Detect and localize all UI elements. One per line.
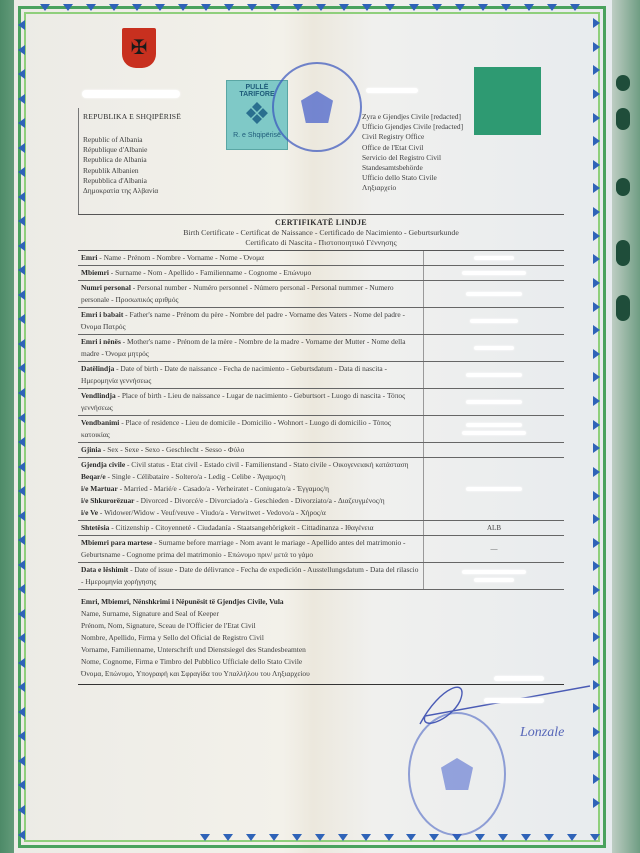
field-label-bold: Emri i nënës <box>81 337 121 346</box>
triangle-icon <box>339 4 349 11</box>
field-label-bold: Numri personal <box>81 283 131 292</box>
redacted-value <box>466 423 522 427</box>
field-label-bold: Mbiemri <box>81 268 109 277</box>
triangle-icon <box>593 396 600 406</box>
triangle-icon <box>593 443 600 453</box>
redacted-mark <box>494 676 544 681</box>
field-row: Numri personal - Personal number - Numér… <box>78 281 564 308</box>
triangle-icon <box>155 4 165 11</box>
triangle-icon <box>18 143 25 153</box>
triangle-icon <box>429 834 439 841</box>
fields-table: Emri - Name - Prénom - Nombre - Vorname … <box>78 251 564 590</box>
redacted-value <box>462 271 526 275</box>
field-label-bold: Emri i babait <box>81 310 123 319</box>
triangle-icon <box>18 535 25 545</box>
country-translation: Δημοκρατία της Αλβανία <box>83 186 352 196</box>
field-label: Datëlindja - Date of birth - Date de nai… <box>78 362 424 388</box>
field-label-bold: Vendbanimi <box>81 418 119 427</box>
office-name: Standesamtsbehörde <box>362 163 558 173</box>
triangle-icon <box>593 302 600 312</box>
triangle-icon <box>524 4 534 11</box>
signature-heading: Emri, Mbiemri, Nënshkrimi i Nëpunësit të… <box>81 596 561 608</box>
triangle-icon <box>18 560 25 570</box>
triangle-icon <box>593 207 600 217</box>
triangle-icon <box>501 4 511 11</box>
triangle-icon <box>567 834 577 841</box>
certificate-body: REPUBLIKA E SHQIPËRISË Republic of Alban… <box>78 108 564 685</box>
triangle-icon <box>63 4 73 11</box>
country-translation: Republic of Albania <box>83 135 352 145</box>
field-label-bold: Gjendja civile <box>81 460 125 469</box>
svg-text:Lonzale: Lonzale <box>519 725 564 740</box>
triangle-icon <box>593 89 600 99</box>
redacted-mark <box>484 698 544 703</box>
field-row: Emri - Name - Prénom - Nombre - Vorname … <box>78 251 564 266</box>
triangle-icon <box>361 834 371 841</box>
field-value <box>424 308 564 334</box>
border-triangles-bottom <box>200 834 600 841</box>
triangle-icon <box>593 349 600 359</box>
triangle-icon <box>178 4 188 11</box>
field-row: Emri i babait - Father's name - Prénom d… <box>78 308 564 335</box>
triangle-icon <box>201 4 211 11</box>
albanian-coat-of-arms-icon: ✠ <box>122 28 156 68</box>
redacted-value <box>462 570 526 574</box>
triangle-icon <box>593 561 600 571</box>
triangle-icon <box>293 4 303 11</box>
triangle-icon <box>292 834 302 841</box>
redacted-mark <box>82 90 180 98</box>
triangle-icon <box>18 192 25 202</box>
country-translation: Repubblica d'Albania <box>83 176 352 186</box>
triangle-icon <box>270 4 280 11</box>
triangle-icon <box>247 4 257 11</box>
triangle-icon <box>223 834 233 841</box>
border-triangles-top <box>40 4 580 11</box>
triangle-icon <box>593 514 600 524</box>
field-label-bold: Data e lëshimit <box>81 565 128 574</box>
triangle-icon <box>593 585 600 595</box>
triangle-icon <box>18 756 25 766</box>
triangle-icon <box>593 656 600 666</box>
civil-status-option: i/e Ve - Widower/Widow - Veuf/veuve - Vi… <box>81 507 420 519</box>
triangle-icon <box>224 4 234 11</box>
triangle-icon <box>18 780 25 790</box>
triangle-icon <box>593 65 600 75</box>
office-name: Office de l'Etat Civil <box>362 143 558 153</box>
triangle-icon <box>593 372 600 382</box>
field-label: Gjendja civile - Civil status - Etat civ… <box>78 458 424 520</box>
triangle-icon <box>18 388 25 398</box>
redacted-value <box>462 431 526 435</box>
triangle-icon <box>521 834 531 841</box>
triangle-icon <box>269 834 279 841</box>
triangle-icon <box>338 834 348 841</box>
official-seal-bottom <box>408 712 506 836</box>
field-label: Vendbanimi - Place of residence - Lieu d… <box>78 416 424 442</box>
field-row: Vendbanimi - Place of residence - Lieu d… <box>78 416 564 443</box>
country-translation: Republica de Albania <box>83 155 352 165</box>
triangle-icon <box>593 325 600 335</box>
binder-hole <box>616 108 630 130</box>
triangle-icon <box>593 136 600 146</box>
header-left: REPUBLIKA E SHQIPËRISË Republic of Alban… <box>78 108 356 214</box>
triangle-icon <box>547 4 557 11</box>
redacted-value <box>474 578 514 582</box>
field-value <box>424 362 564 388</box>
redacted-value <box>474 256 514 260</box>
triangle-icon <box>18 45 25 55</box>
country-translation: Republik Albanien <box>83 166 352 176</box>
field-value-text: ALB <box>487 524 501 532</box>
office-name: Civil Registry Office <box>362 132 558 142</box>
office-name: Ufficio dello Stato Civile <box>362 173 558 183</box>
field-label-bold: Gjinia <box>81 445 101 454</box>
triangle-icon <box>544 834 554 841</box>
country-translation: République d'Albanie <box>83 145 352 155</box>
field-label: Data e lëshimit - Date of issue - Date d… <box>78 563 424 589</box>
field-label-bold: Vendlindja <box>81 391 116 400</box>
triangle-icon <box>593 420 600 430</box>
field-value <box>424 443 564 457</box>
field-value <box>424 563 564 589</box>
field-row: Mbiemri - Surname - Nom - Apellido - Fam… <box>78 266 564 281</box>
signature-line: Name, Surname, Signature and Seal of Kee… <box>81 608 561 620</box>
triangle-icon <box>18 486 25 496</box>
title-line-3: Certificato di Nascita - Πιστοποιητικό Γ… <box>78 238 564 248</box>
field-value: — <box>424 536 564 562</box>
binder-hole <box>616 295 630 321</box>
civil-status-option: i/e Shkurorëzuar - Divorced - Divorcé/e … <box>81 495 420 507</box>
triangle-icon <box>498 834 508 841</box>
binder-hole <box>616 240 630 266</box>
certificate-title: CERTIFIKATË LINDJE Birth Certificate - C… <box>78 215 564 251</box>
triangle-icon <box>109 4 119 11</box>
signature-block: Emri, Mbiemri, Nënshkrimi i Nëpunësit të… <box>78 590 564 685</box>
field-label: Shtetësia - Citizenship - Citoyenneté - … <box>78 521 424 535</box>
option-bold: i/e Martuar <box>81 484 118 493</box>
triangle-icon <box>316 4 326 11</box>
triangle-icon <box>593 798 600 808</box>
triangle-icon <box>593 231 600 241</box>
field-value <box>424 335 564 361</box>
triangle-icon <box>18 265 25 275</box>
redacted-value <box>466 373 522 377</box>
triangle-icon <box>18 413 25 423</box>
triangle-icon <box>18 462 25 472</box>
signature-line: Vorname, Familienname, Unterschrift und … <box>81 644 561 656</box>
triangle-icon <box>593 538 600 548</box>
triangle-icon <box>593 183 600 193</box>
civil-status-option: Beqar/e - Single - Célibataire - Soltero… <box>81 471 420 483</box>
triangle-icon <box>593 278 600 288</box>
field-value <box>424 281 564 307</box>
redacted-value <box>474 346 514 350</box>
option-bold: Beqar/e <box>81 472 106 481</box>
triangle-icon <box>18 118 25 128</box>
triangle-icon <box>200 834 210 841</box>
triangle-icon <box>570 4 580 11</box>
redacted-value <box>466 292 522 296</box>
field-row: Gjendja civile - Civil status - Etat civ… <box>78 458 564 521</box>
triangle-icon <box>18 609 25 619</box>
redacted-value <box>466 400 522 404</box>
office-name: Zyra e Gjendjes Civile [redacted] <box>362 112 558 122</box>
redacted-mark <box>366 88 418 93</box>
option-bold: i/e Shkurorëzuar <box>81 496 134 505</box>
triangle-icon <box>593 18 600 28</box>
triangle-icon <box>593 254 600 264</box>
triangle-icon <box>18 658 25 668</box>
triangle-icon <box>18 682 25 692</box>
triangle-icon <box>18 216 25 226</box>
title-line-2: Birth Certificate - Certificat de Naissa… <box>78 228 564 238</box>
field-value: ALB <box>424 521 564 535</box>
field-label: Emri i nënës - Mother's name - Prénom de… <box>78 335 424 361</box>
triangle-icon <box>18 731 25 741</box>
office-name: Ληξιαρχείο <box>362 183 558 193</box>
triangle-icon <box>362 4 372 11</box>
triangle-icon <box>18 241 25 251</box>
triangle-icon <box>593 467 600 477</box>
triangle-icon <box>455 4 465 11</box>
triangle-icon <box>132 4 142 11</box>
field-value <box>424 251 564 265</box>
eagle-icon <box>441 758 473 790</box>
field-row: Mbiemri para martese - Surname before ma… <box>78 536 564 563</box>
field-label: Mbiemri para martese - Surname before ma… <box>78 536 424 562</box>
triangle-icon <box>593 491 600 501</box>
triangle-icon <box>18 314 25 324</box>
triangle-icon <box>409 4 419 11</box>
triangle-icon <box>384 834 394 841</box>
field-row: Gjinia - Sex - Sexe - Sexo - Geschlecht … <box>78 443 564 458</box>
field-label: Gjinia - Sex - Sexe - Sexo - Geschlecht … <box>78 443 424 457</box>
triangle-icon <box>18 69 25 79</box>
triangle-icon <box>315 834 325 841</box>
triangle-icon <box>432 4 442 11</box>
field-label: Mbiemri - Surname - Nom - Apellido - Fam… <box>78 266 424 280</box>
header: REPUBLIKA E SHQIPËRISË Republic of Alban… <box>78 108 564 215</box>
triangle-icon <box>18 94 25 104</box>
triangle-icon <box>246 834 256 841</box>
triangle-icon <box>593 632 600 642</box>
field-row: Vendlindja - Place of birth - Lieu de na… <box>78 389 564 416</box>
triangle-icon <box>590 834 600 841</box>
triangle-icon <box>18 437 25 447</box>
field-label-bold: Mbiemri para martese <box>81 538 152 547</box>
triangle-icon <box>475 834 485 841</box>
field-label: Emri i babait - Father's name - Prénom d… <box>78 308 424 334</box>
triangle-icon <box>593 774 600 784</box>
triangle-icon <box>18 584 25 594</box>
triangle-icon <box>406 834 416 841</box>
country-name: REPUBLIKA E SHQIPËRISË <box>83 112 352 121</box>
field-label: Emri - Name - Prénom - Nombre - Vorname … <box>78 251 424 265</box>
triangle-icon <box>18 290 25 300</box>
field-value <box>424 416 564 442</box>
triangle-icon <box>18 707 25 717</box>
office-name: Servicio del Registro Civil <box>362 153 558 163</box>
office-name: Ufficio Gjendjes Civile [redacted] <box>362 122 558 132</box>
field-label-bold: Emri <box>81 253 97 262</box>
redacted-value <box>466 487 522 491</box>
triangle-icon <box>18 830 25 840</box>
header-right: Zyra e Gjendjes Civile [redacted]Ufficio… <box>356 108 564 214</box>
triangle-icon <box>478 4 488 11</box>
triangle-icon <box>18 363 25 373</box>
binder-hole <box>616 178 630 196</box>
triangle-icon <box>18 339 25 349</box>
triangle-icon <box>18 167 25 177</box>
triangle-icon <box>40 4 50 11</box>
field-label-bold: Datëlindja <box>81 364 114 373</box>
triangle-icon <box>593 42 600 52</box>
triangle-icon <box>593 113 600 123</box>
field-label-bold: Shtetësia <box>81 523 109 532</box>
triangle-icon <box>18 511 25 521</box>
triangle-icon <box>18 633 25 643</box>
triangle-icon <box>593 609 600 619</box>
signature-line: Nome, Cognome, Firma e Timbro del Pubbli… <box>81 656 561 668</box>
field-value-text: — <box>491 545 498 553</box>
civil-status-option: i/e Martuar - Married - Marié/e - Casado… <box>81 483 420 495</box>
triangle-icon <box>18 805 25 815</box>
field-label: Numri personal - Personal number - Numér… <box>78 281 424 307</box>
field-row: Datëlindja - Date of birth - Date de nai… <box>78 362 564 389</box>
option-bold: i/e Ve <box>81 508 98 517</box>
field-label: Vendlindja - Place of birth - Lieu de na… <box>78 389 424 415</box>
border-triangles-left <box>18 20 25 840</box>
triangle-icon <box>593 160 600 170</box>
signature-line: Prénom, Nom, Signature, Sceau de l'Offic… <box>81 620 561 632</box>
triangle-icon <box>18 20 25 30</box>
field-value <box>424 389 564 415</box>
triangle-icon <box>86 4 96 11</box>
binder-hole <box>616 75 630 91</box>
triangle-icon <box>385 4 395 11</box>
signature-line: Nombre, Apellido, Firma y Sello del Ofic… <box>81 632 561 644</box>
field-value <box>424 458 564 520</box>
field-row: Emri i nënës - Mother's name - Prénom de… <box>78 335 564 362</box>
field-row: Shtetësia - Citizenship - Citoyenneté - … <box>78 521 564 536</box>
redacted-value <box>470 319 518 323</box>
title-albanian: CERTIFIKATË LINDJE <box>78 218 564 228</box>
field-row: Data e lëshimit - Date of issue - Date d… <box>78 563 564 590</box>
field-value <box>424 266 564 280</box>
